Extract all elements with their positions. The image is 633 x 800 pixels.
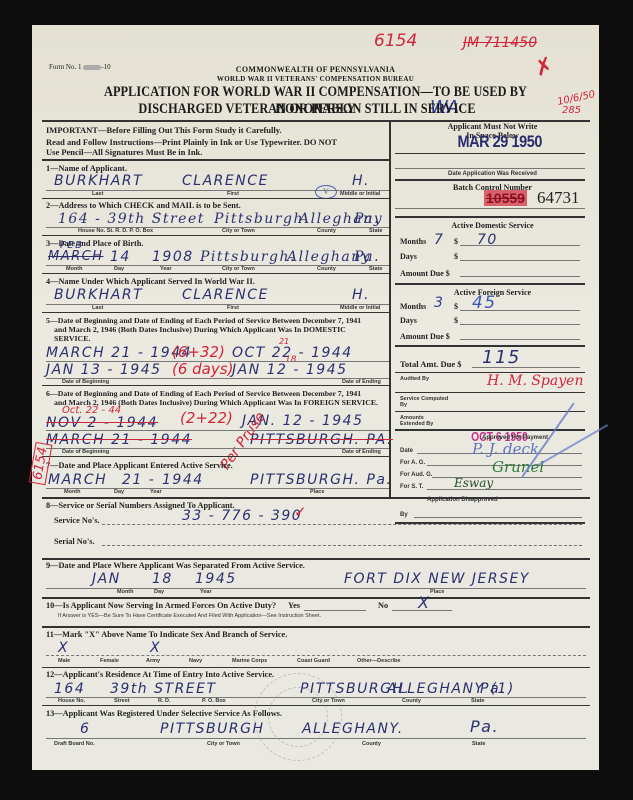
batch-number-struck: 10559 — [484, 190, 527, 206]
applicant-last-name[interactable]: BURKHART — [54, 173, 143, 189]
separation-month[interactable]: JAN — [92, 571, 121, 587]
army-mark[interactable]: X — [150, 640, 161, 656]
domestic-months[interactable]: 7 — [434, 232, 444, 248]
section7-label: 7—Date and Place Applicant Entered Activ… — [46, 461, 233, 470]
service-no-label: Service No's. — [54, 516, 100, 525]
option-marine-corps: Marine Corps — [232, 658, 267, 664]
option-navy: Navy — [189, 658, 202, 664]
draft-city[interactable]: PITTSBURGH — [160, 721, 265, 737]
section11-label: 11—Mark "X" Above Name To Indicate Sex A… — [46, 630, 287, 639]
entry-month[interactable]: MARCH — [48, 472, 107, 488]
birth-state[interactable]: Pa. — [354, 249, 380, 265]
section9-label: 9—Date and Place Where Applicant Was Sep… — [46, 561, 305, 570]
received-date-label: Date Application Was Received — [400, 171, 585, 177]
separation-place[interactable]: FORT DIX NEW JERSEY — [344, 571, 530, 587]
domestic-service-title: Active Domestic Service — [400, 221, 585, 230]
domestic-row2-note: (6 days) — [172, 360, 233, 378]
state-treasurer-signature: Esway — [454, 476, 493, 490]
residence-house[interactable]: 164 — [54, 681, 85, 697]
male-mark[interactable]: X — [58, 640, 69, 656]
option-coast-guard: Coast Guard — [297, 658, 330, 664]
foreign-row1-note: (2+22) — [180, 409, 233, 427]
option-female: Female — [100, 658, 119, 664]
red-struck-annotation: JM 711450 — [463, 35, 537, 51]
option-male: Male — [58, 658, 70, 664]
foreign-months[interactable]: 3 — [434, 295, 444, 311]
entry-day[interactable]: 21 - — [122, 472, 155, 488]
instructions-line2: Use Pencil—All Signatures Must Be in Ink… — [46, 147, 202, 157]
domestic-row2-end-correction: 18 — [285, 355, 296, 365]
serial-no-label: Serial No's. — [54, 537, 95, 546]
served-first-name[interactable]: CLARENCE — [182, 287, 269, 303]
circled-check-mark: V — [315, 185, 337, 199]
important-notice: IMPORTANT—Before Filling Out This Form S… — [46, 125, 282, 135]
birth-city[interactable]: Pittsburgh. — [200, 249, 296, 265]
section10-label: 10—Is Applicant Now Serving In Armed For… — [46, 601, 276, 610]
no-answer-mark[interactable]: X — [418, 593, 430, 612]
yes-label: Yes — [288, 601, 300, 610]
birth-year[interactable]: 1908 — [152, 249, 194, 265]
entry-year[interactable]: 1944 — [162, 472, 204, 488]
section12-label: 12—Applicant's Residence At Time of Entr… — [46, 670, 274, 679]
page-title-line2: DISCHARGED VETERAN OR PERSON STILL IN SE… — [114, 101, 499, 118]
header-commonwealth: COMMONWEALTH OF PENNSYLVANIA — [32, 65, 599, 74]
draft-board-no[interactable]: 6 — [80, 721, 90, 737]
red-code-annotation: 285 — [562, 105, 581, 116]
instructions-line1: Read and Follow Instructions—Print Plain… — [46, 137, 337, 147]
section13-label: 13—Applicant Was Registered Under Select… — [46, 709, 282, 718]
office-use-header: Applicant Must Not Write — [400, 122, 585, 131]
entry-place[interactable]: PITTSBURGH. Pa. — [250, 472, 392, 488]
no-label: No — [378, 601, 388, 610]
received-date-stamp: MAR 29 1950 — [457, 132, 541, 152]
total-amount-value[interactable]: 115 — [482, 347, 521, 368]
residence-street[interactable]: 39th STREET — [110, 681, 217, 697]
birth-day[interactable]: 14 — [110, 249, 131, 265]
foreign-row1-begin[interactable]: NOV 2 - 1944 — [46, 415, 158, 431]
section4-label: 4—Name Under Which Applicant Served In W… — [46, 277, 255, 286]
section5-label-2: and March 2, 1946 (Both Dates Inclusive)… — [54, 325, 346, 334]
section6-label-1: 6—Date of Beginning and Date of Ending o… — [46, 389, 361, 398]
address-city[interactable]: Pittsburgh. — [214, 211, 310, 227]
separation-day[interactable]: 18 — [152, 571, 173, 587]
application-form: 6154 JM 711450 ✗ WA 10/6/50 285 Form No.… — [32, 25, 599, 770]
batch-control-number: 64731 — [537, 188, 580, 208]
section2-label: 2—Address to Which CHECK and MAIL is to … — [46, 201, 241, 210]
total-amount-label: Total Amt. Due $ — [400, 359, 462, 369]
applicant-first-name[interactable]: CLARENCE — [182, 173, 269, 189]
header-bureau: WORLD WAR II VETERANS' COMPENSATION BURE… — [32, 75, 599, 83]
date-signature: P. J. deck — [472, 440, 539, 458]
draft-state[interactable]: Pa. — [470, 717, 499, 736]
residence-state[interactable]: Pa. — [480, 681, 506, 697]
audited-by-label: Audited By — [400, 376, 430, 382]
foreign-row2-begin[interactable]: MARCH 21 - 1944 — [46, 432, 192, 448]
domestic-row1-end-correction: 21 — [279, 337, 289, 346]
section5-label-1: 5—Date of Beginning and Date of Ending o… — [46, 316, 361, 325]
address-street[interactable]: 164 - 39th Street — [58, 211, 205, 227]
applicant-middle-initial[interactable]: H. — [352, 173, 370, 189]
option-other: Other—Describe — [357, 658, 400, 664]
audited-by-signature: H. M. Spayen — [487, 373, 583, 389]
service-no-value[interactable]: 33 - 776 - 390 — [182, 508, 302, 524]
birth-month[interactable]: MARCH — [48, 249, 104, 264]
foreign-row2-end[interactable]: PITTSBURGH. PA. — [250, 432, 393, 448]
domestic-row1-note: (6+32) — [172, 343, 225, 361]
amounts-extended-label: Amounts Extended By — [400, 415, 450, 427]
section1-label: 1—Name of Applicant. — [46, 164, 127, 173]
auditor-general-signature: Grunel — [492, 458, 544, 476]
domestic-row1-begin[interactable]: MARCH 21 - 1944 — [46, 345, 192, 361]
option-army: Army — [146, 658, 160, 664]
served-last-name[interactable]: BURKHART — [54, 287, 143, 303]
served-middle-initial[interactable]: H. — [352, 287, 370, 303]
section10-note: If Answer is YES—Be Sure To Have Certifi… — [58, 613, 321, 619]
red-check-icon: ✓ — [294, 503, 307, 521]
application-disapproved-label: Application Disapproved — [427, 497, 498, 503]
domestic-row2-begin[interactable]: JAN 13 - 1945 — [46, 362, 162, 378]
section5-label-3: SERVICE. — [54, 334, 90, 343]
red-number-annotation: 6154 — [374, 31, 417, 51]
address-state[interactable]: Pa. — [354, 211, 380, 227]
service-computed-label: Service Computed By — [400, 396, 450, 408]
separation-year[interactable]: 1945 — [195, 571, 237, 587]
